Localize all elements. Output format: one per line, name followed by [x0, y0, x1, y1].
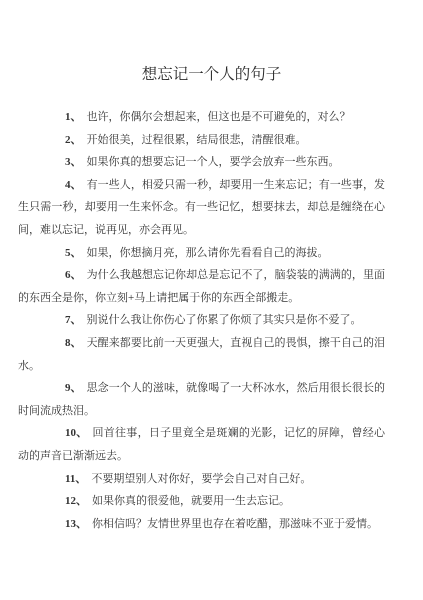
- item-text: 你相信吗？友情世界里也存在着吃醋，那滋味不亚于爱情。: [92, 518, 378, 530]
- item-number: 8、: [65, 337, 82, 349]
- item-number: 5、: [65, 247, 82, 259]
- item-number: 13、: [65, 518, 87, 530]
- item-number: 3、: [65, 156, 82, 168]
- list-item: 11、不要期望别人对你好，要学会自己对自己好。: [18, 468, 385, 491]
- list-item: 9、思念一个人的滋味，就像喝了一大杯冰水，然后用很长很长的时间流成热泪。: [18, 377, 385, 422]
- list-item: 4、有一些人，相爱只需一秒，却要用一生来忘记；有一些事，发生只需一秒，却要用一生…: [18, 174, 385, 242]
- list-item: 2、开始很美，过程很累，结局很悲，清醒很难。: [18, 129, 385, 152]
- list-item: 8、天醒来都要比前一天更强大，直视自己的畏惧，擦干自己的泪水。: [18, 332, 385, 377]
- list-item: 1、也许，你偶尔会想起来，但这也是不可避免的，对么？: [18, 106, 385, 129]
- list-item: 7、别说什么我让你伤心了你累了你烦了其实只是你不爱了。: [18, 309, 385, 332]
- list-item: 12、如果你真的很爱他，就要用一生去忘记。: [18, 490, 385, 513]
- page-title: 想忘记一个人的句子: [0, 0, 423, 86]
- quote-list: 1、也许，你偶尔会想起来，但这也是不可避免的，对么？ 2、开始很美，过程很累，结…: [0, 106, 385, 535]
- list-item: 13、你相信吗？友情世界里也存在着吃醋，那滋味不亚于爱情。: [18, 513, 385, 536]
- item-number: 9、: [65, 382, 82, 394]
- item-number: 12、: [65, 495, 87, 507]
- list-item: 6、为什么我越想忘记你却总是忘记不了，脑袋装的满满的，里面的东西全是你，你立刻+…: [18, 264, 385, 309]
- item-text: 如果，你想摘月亮，那么请你先看看自己的海拔。: [87, 247, 329, 259]
- list-item: 10、回首往事，日子里竟全是斑斓的光影，记忆的屏障，曾经心动的声音已渐渐远去。: [18, 422, 385, 467]
- list-item: 5、如果，你想摘月亮，那么请你先看看自己的海拔。: [18, 242, 385, 265]
- list-item: 3、如果你真的想要忘记一个人，要学会放弃一些东西。: [18, 151, 385, 174]
- item-text: 如果你真的想要忘记一个人，要学会放弃一些东西。: [87, 156, 340, 168]
- document-page: 想忘记一个人的句子 1、也许，你偶尔会想起来，但这也是不可避免的，对么？ 2、开…: [0, 0, 423, 600]
- item-number: 7、: [65, 314, 82, 326]
- item-number: 10、: [65, 427, 88, 439]
- item-text: 不要期望别人对你好，要学会自己对自己好。: [91, 473, 311, 485]
- item-text: 别说什么我让你伤心了你累了你烦了其实只是你不爱了。: [87, 314, 362, 326]
- item-text: 也许，你偶尔会想起来，但这也是不可避免的，对么？: [87, 111, 351, 123]
- item-number: 4、: [65, 179, 82, 191]
- item-number: 6、: [65, 269, 82, 281]
- item-text: 如果你真的很爱他，就要用一生去忘记。: [92, 495, 290, 507]
- item-number: 2、: [65, 134, 82, 146]
- item-number: 11、: [65, 473, 86, 485]
- item-text: 开始很美，过程很累，结局很悲，清醒很难。: [87, 134, 307, 146]
- item-number: 1、: [65, 111, 82, 123]
